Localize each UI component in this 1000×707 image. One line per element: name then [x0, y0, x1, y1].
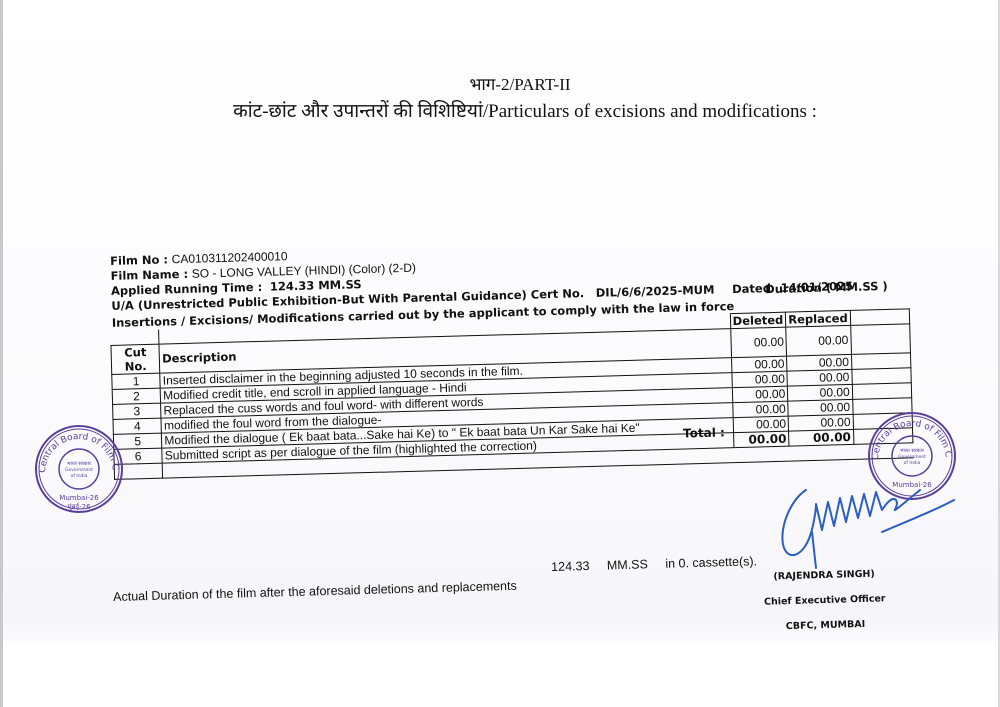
cassette-count: in 0. cassette(s). [665, 554, 757, 571]
svg-text:भारत सरकार: भारत सरकार [900, 448, 925, 454]
deleted-cell: 00.00 [732, 371, 788, 387]
replaced-cell: 00.00 [786, 325, 851, 356]
replaced-cell: 00.00 [787, 369, 852, 386]
signatory-name: (RAJENDRA SINGH) [759, 568, 889, 583]
actual-duration-unit: MM.SS [607, 557, 648, 572]
deleted-cell: 00.00 [730, 327, 786, 357]
deleted-cell: 00.00 [732, 401, 788, 417]
signatory-office: CBFC, MUMBAI [760, 618, 890, 633]
cut-no-cell: 1 [112, 373, 161, 389]
svg-text:Government: Government [65, 467, 93, 473]
signature-icon [770, 470, 960, 570]
cbfc-stamp-left-icon: Central Board of Film Certification भारत… [33, 423, 125, 515]
running-time-value: 124.33 MM.SS [270, 277, 362, 293]
total-label: Total : [683, 425, 725, 440]
replaced-cell: 00.00 [788, 384, 853, 401]
col-header-replaced: Replaced [786, 310, 851, 327]
svg-text:मुंबई-26: मुंबई-26 [67, 502, 91, 511]
deleted-cell: 00.00 [732, 386, 788, 402]
film-no-label: Film No : [110, 252, 168, 268]
duration-header: Duration ( MM.SS ) [765, 279, 888, 296]
signatory-designation: Chief Executive Officer [760, 593, 890, 608]
cuts-table: Deleted Replaced Cut No. Description 00.… [110, 308, 914, 480]
deleted-cell: 00.00 [733, 416, 789, 432]
signatory-block: (RAJENDRA SINGH) Chief Executive Officer… [759, 568, 891, 647]
total-deleted: 00.00 [733, 431, 789, 447]
svg-text:of India: of India [71, 473, 88, 479]
deleted-cell: 00.00 [731, 356, 787, 372]
section-title: कांट-छांट और उपान्तरों की विशिष्टियां/Pa… [0, 97, 1000, 123]
replaced-cell: 00.00 [788, 414, 853, 431]
cut-no-cell: 3 [113, 403, 162, 419]
actual-duration-value: 124.33 [551, 559, 590, 574]
part-heading: भाग-2/PART-II [0, 72, 1000, 95]
total-replaced: 00.00 [789, 429, 854, 446]
svg-text:of India: of India [904, 460, 921, 466]
col-header-deleted: Deleted [730, 312, 786, 328]
film-details-block: Film No : CA010311202400010 Film Name : … [108, 232, 944, 474]
svg-text:Government: Government [898, 454, 926, 460]
col-header-cut-no: Cut No. [111, 344, 160, 374]
actual-duration-label: Actual Duration of the film after the af… [113, 579, 517, 604]
cert-no-value: DIL/6/6/2025-MUM [596, 283, 715, 300]
film-name-label: Film Name : [110, 267, 188, 283]
actual-duration-value-line: 124.33 MM.SS in 0. cassette(s). [551, 554, 771, 574]
replaced-cell: 00.00 [787, 354, 852, 371]
svg-text:भारत सरकार: भारत सरकार [67, 461, 92, 467]
cut-no-cell: 2 [112, 388, 161, 404]
replaced-cell: 00.00 [788, 399, 853, 416]
svg-text:Mumbai-26: Mumbai-26 [59, 494, 99, 502]
cuts-table-frame: Insertions / Excisions/ Modifications ca… [110, 294, 914, 476]
